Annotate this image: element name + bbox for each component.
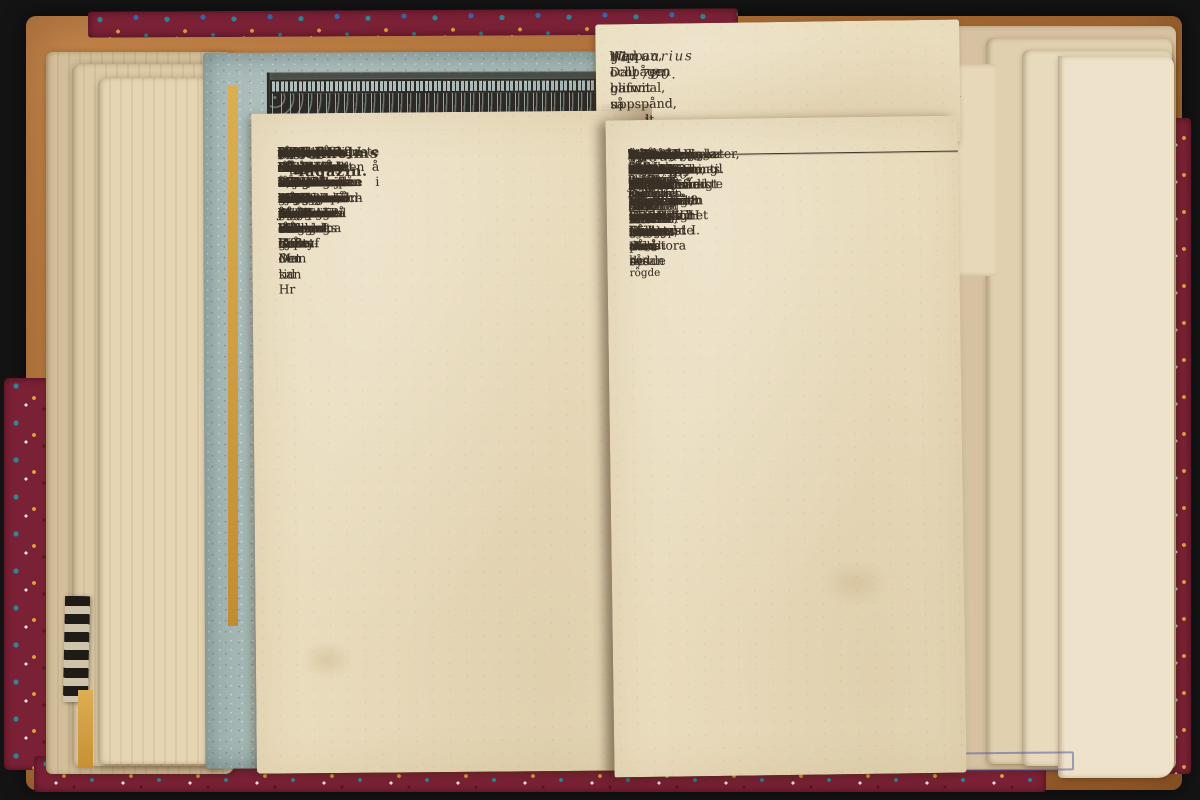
book-photograph: lemll Januarius 1780. 17 med Dalbågen bl… [0,0,1200,800]
yellow-page-sliver [78,690,93,768]
yellow-page-sliver [228,86,238,626]
greek-key-pattern [270,78,602,93]
catchword: Gustaf [277,145,326,161]
striped-bookmark [63,596,90,703]
left-page-12: 12 Stockholms Magazin. fons tid, en del … [251,110,651,773]
right-endpaper-sheet [1058,56,1174,778]
right-page-13: Januarius 1780. 13 Gustaf Ericsson en na… [605,116,966,778]
